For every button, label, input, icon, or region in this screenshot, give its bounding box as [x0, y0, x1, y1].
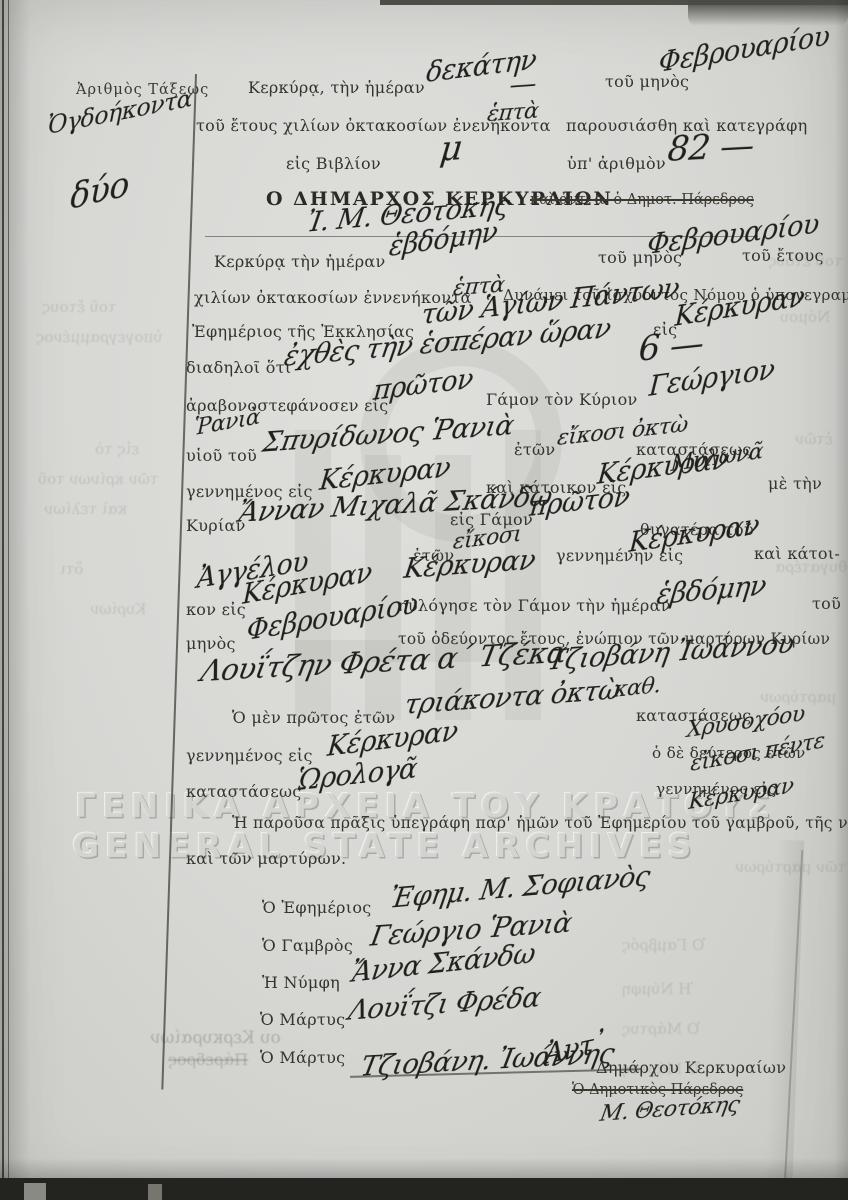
scanned-marriage-record-page: ΓΕΝΙΚΑ ΑΡΧΕΙΑ ΤΟΥ ΚΡΑΤΟΥΣ GENERAL STATE …	[0, 0, 848, 1200]
act-closing-sentence-2: καὶ τῶν μαρτύρων.	[186, 849, 346, 868]
bleedthrough-text: τοῦ ἔτους	[42, 298, 116, 316]
bleedthrough-text: μαρτύρων	[760, 688, 836, 706]
sig-label-priest: Ὁ Ἐφημέριος	[262, 898, 372, 917]
act-month2-label: μηνὸς	[186, 634, 236, 653]
act-city-date-label: Κερκύρᾳ τὴν ἡμέραν	[214, 252, 386, 271]
bleedthrough-mayor-line: ου Κερκυραίων	[150, 1028, 281, 1048]
bleedthrough-text: θυγατέρα	[775, 558, 847, 576]
bleedthrough-label: Ὁ Μάρτυς	[622, 1060, 700, 1078]
act-first-witness-age-label: Ὁ μὲν πρῶτος ἐτῶν	[232, 708, 395, 727]
bleedthrough-label: Ὁ Μάρτυς	[622, 1020, 700, 1038]
reg-dash-handwritten: —	[508, 68, 538, 101]
act-with-the-label: μὲ τὴν	[768, 474, 822, 493]
sig-label-witness2: Ὁ Μάρτυς	[260, 1048, 345, 1067]
reg-under-number-label: ὑπ' ἀριθμὸν	[567, 154, 666, 173]
act-declares-label: διαδηλοῖ ὅτι	[186, 358, 291, 377]
reg-number-handwritten: 82 —	[666, 125, 755, 170]
bleedthrough-label: Ὁ Γαμβρός	[622, 936, 705, 954]
act-first-witness-status2-label: καταστάσεως	[186, 782, 302, 801]
sig-witness1-handwritten: Λουΐτζι Φρέδα	[346, 982, 543, 1027]
bottom-tab-2	[148, 1184, 162, 1200]
reg-city-date-label: Κερκύρᾳ, τὴν ἡμέραν	[248, 78, 425, 97]
reg-book-label: εἰς Βιβλίον	[286, 154, 381, 173]
reg-book-handwritten: μ	[438, 128, 464, 170]
bottom-tab-1	[24, 1183, 46, 1200]
act-son-of-label: υἱοῦ τοῦ	[186, 446, 257, 465]
act-of-the-label: τοῦ	[812, 594, 841, 613]
page-bottom-band	[0, 1178, 848, 1200]
act-wedding-day-handwritten: ἑβδόμην	[655, 570, 768, 611]
act-first-witness-born-label: γεννημένος εἰς	[186, 746, 313, 765]
bleedthrough-text: Νόμου	[780, 308, 830, 326]
bleedthrough-text: Κυρίων	[90, 600, 146, 618]
reg-month-handwritten: Φεβρουαρίου	[658, 20, 830, 79]
bleedthrough-text: καὶ τελίων	[44, 500, 127, 518]
act-blessed-marriage-label: ηὐλόγησε τὸν Γάμον τὴν ἡμέραν	[398, 596, 671, 615]
bleedthrough-text: ὅτι	[60, 560, 83, 578]
sig-label-witness1: Ὁ Μάρτυς	[260, 1010, 345, 1029]
bleedthrough-text: τοῦ ἔτους	[768, 252, 842, 270]
act-closing-sentence: Ἡ παροῦσα πρᾶξις ὑπεγράφη παρ' ἡμῶν τοῦ …	[232, 814, 848, 832]
act-groom-age-label: ἐτῶν	[514, 440, 555, 459]
act-groom-label: Γάμον τὸν Κύριον	[486, 390, 638, 409]
binding-shade	[0, 0, 30, 1200]
bleedthrough-text: καὶ τῶν μαρτύρων	[735, 858, 848, 876]
bleedthrough-text: τῶν κρίνων τοῦ	[38, 470, 158, 488]
page-fold-shade	[764, 840, 805, 1200]
sig-label-groom: Ὁ Γαμβρὸς	[262, 936, 353, 955]
page-bottom-band-fade	[0, 1158, 848, 1178]
act-bride-born-handwritten: Κέρκυραν	[628, 509, 760, 559]
reg-year-units-handwritten: ἑπτὰ	[486, 98, 540, 127]
sig-priest-handwritten: Ἐφημ. Μ. Σοφιανὸς	[388, 861, 652, 915]
bleedthrough-text: ἐτῶν	[795, 430, 833, 448]
column-divider-rule	[161, 74, 196, 1089]
act-resident-cont-label: κον εἰς	[186, 600, 246, 619]
bleedthrough-text: εἰς τὸ	[95, 440, 139, 458]
bleedthrough-struck-line: Πάρεδρος	[168, 1050, 248, 1069]
bleedthrough-text: ὑπογεγραμμένος	[36, 328, 162, 346]
mayor-title-struck-text: καὶ ἀντ' α. ὁ Δημοτ. Πάρεδρος	[530, 192, 754, 208]
order-number-handwritten-2: δύο	[70, 163, 129, 218]
act-hour-handwritten: 6 —	[638, 323, 704, 370]
sig-label-bride: Ἡ Νύμφη	[262, 973, 340, 992]
bleedthrough-label: Ἡ Νύμφη	[622, 980, 693, 998]
